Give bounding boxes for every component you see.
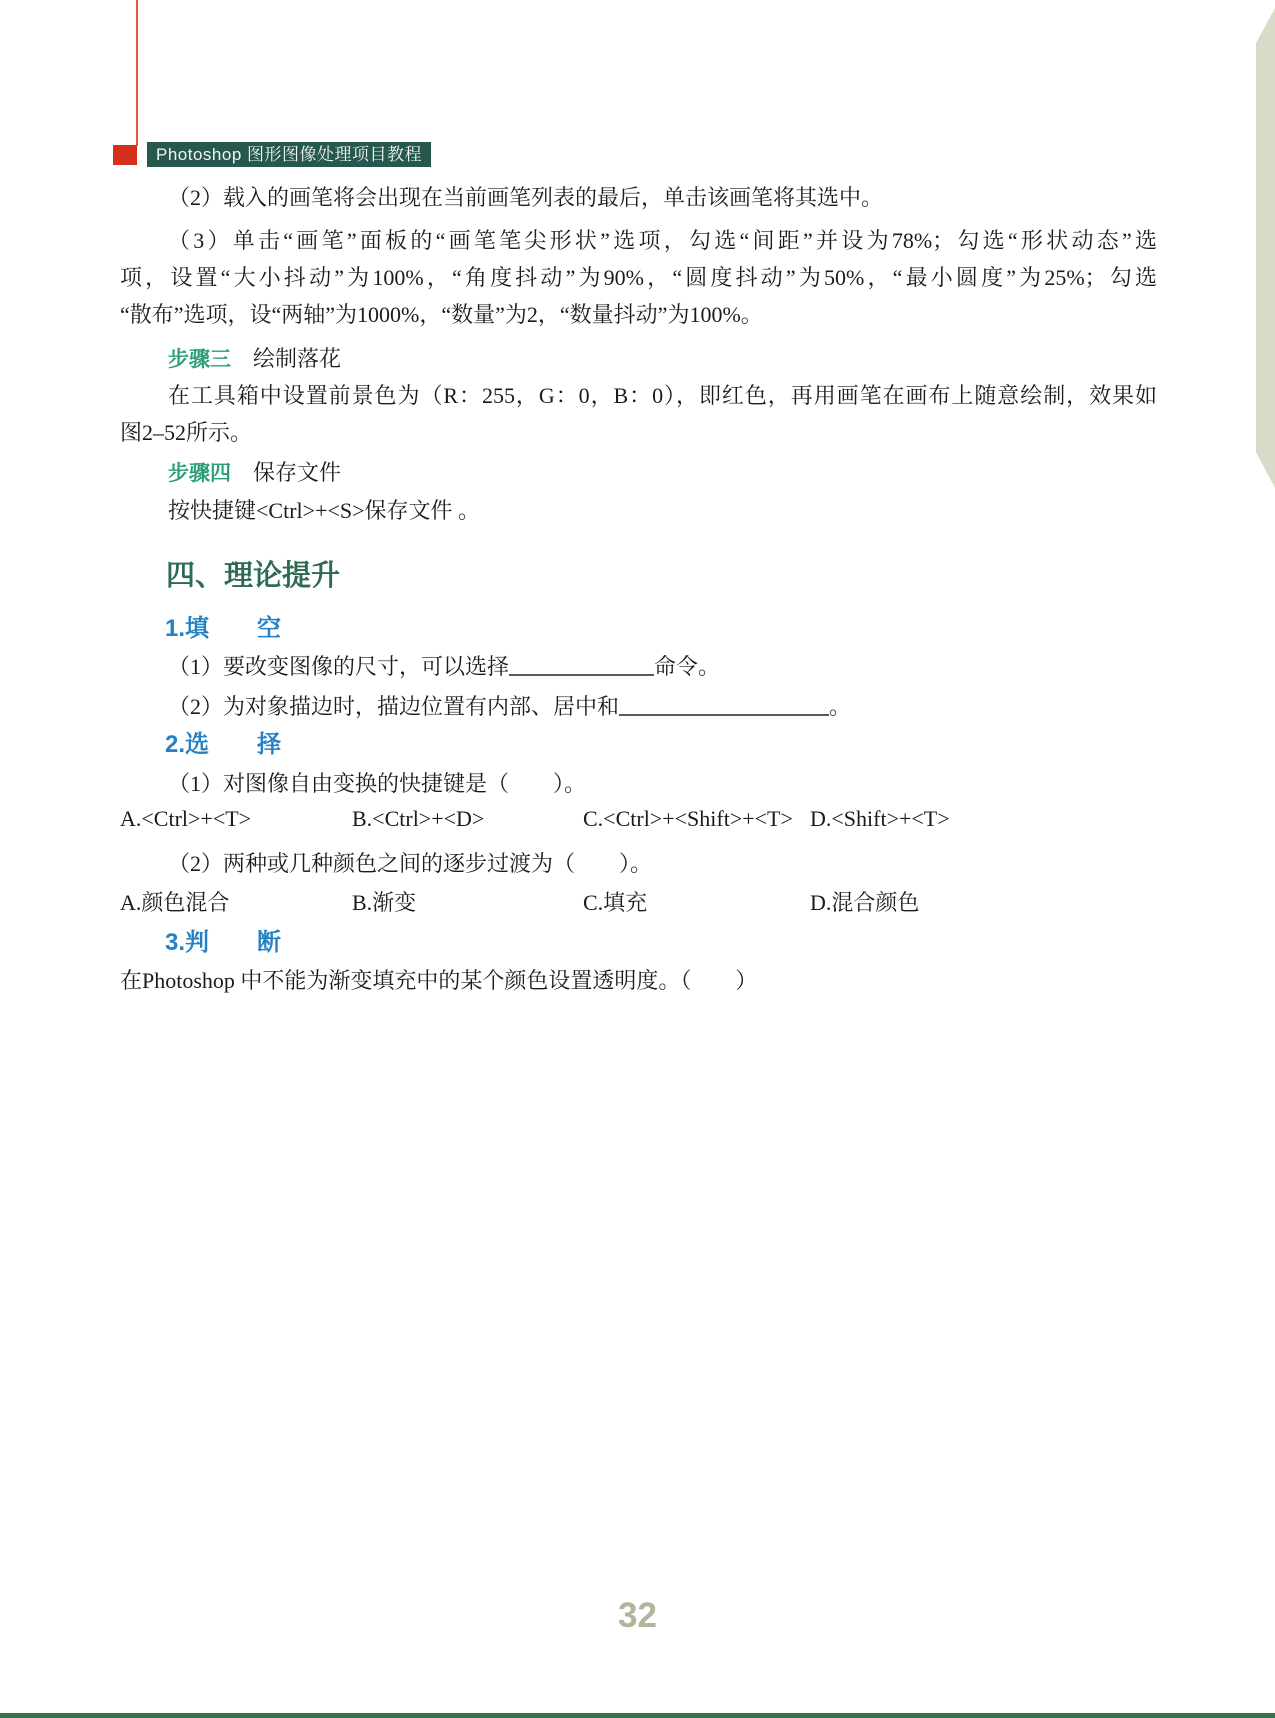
option-d: D.混合颜色 bbox=[810, 886, 919, 917]
step-four-title: 保存文件 bbox=[253, 460, 341, 485]
paragraph-foreground-color: 在工具箱中设置前景色为（R：255，G：0，B：0），即红色，再用画笔在画布上随… bbox=[120, 377, 1157, 451]
step-four-heading: 步骤四保存文件 bbox=[168, 454, 1205, 492]
choice-question-2-options: A.颜色混合 B.渐变 C.填充 D.混合颜色 bbox=[120, 886, 1157, 916]
paragraph-line: 在工具箱中设置前景色为（R：255，G：0，B：0），即红色，再用画笔在画布上随… bbox=[120, 377, 1157, 414]
page-edge-strip bbox=[1256, 8, 1275, 488]
left-red-rule bbox=[136, 0, 138, 146]
fill-blank-line bbox=[509, 652, 654, 676]
choice-question-1: （1）对图像自由变换的快捷键是（ ）。 bbox=[120, 765, 1157, 802]
section-heading-theory: 四、理论提升 bbox=[166, 553, 340, 594]
paragraph-line: “散布”选项，设“两轴”为1000%，“数量”为2，“数量抖动”为100%。 bbox=[120, 296, 1157, 333]
page-number: 32 bbox=[0, 1596, 1275, 1636]
paragraph-line: （3）单击“画笔”面板的“画笔笔尖形状”选项，勾选“间距”并设为78%；勾选“形… bbox=[120, 222, 1157, 259]
fill-question-2-suffix: 。 bbox=[829, 694, 851, 719]
textbook-page: Photoshop 图形图像处理项目教程 （2）载入的画笔将会出现在当前画笔列表… bbox=[0, 0, 1275, 1718]
step-three-label: 步骤三 bbox=[168, 348, 231, 371]
bottom-green-rule bbox=[0, 1713, 1275, 1718]
paragraph-load-brush: （2）载入的画笔将会出现在当前画笔列表的最后，单击该画笔将其选中。 bbox=[120, 179, 1157, 216]
option-c: C.填充 bbox=[583, 886, 647, 917]
subheading-choice: 2.选 择 bbox=[165, 724, 281, 759]
step-three-title: 绘制落花 bbox=[253, 346, 341, 371]
option-b: B.<Ctrl>+<D> bbox=[352, 806, 484, 832]
subheading-fill-blank: 1.填 空 bbox=[165, 608, 281, 643]
step-four-label: 步骤四 bbox=[168, 462, 231, 485]
choice-question-1-options: A.<Ctrl>+<T> B.<Ctrl>+<D> C.<Ctrl>+<Shif… bbox=[120, 806, 1157, 836]
paragraph-brush-settings: （3）单击“画笔”面板的“画笔笔尖形状”选项，勾选“间距”并设为78%；勾选“形… bbox=[120, 222, 1157, 333]
option-a: A.颜色混合 bbox=[120, 886, 229, 917]
paragraph-line: 图2–52所示。 bbox=[120, 414, 1157, 451]
paragraph-save-shortcut: 按快捷键<Ctrl>+<S>保存文件 。 bbox=[120, 492, 1157, 529]
fill-question-2: （2）为对象描边时，描边位置有内部、居中和。 bbox=[120, 688, 1157, 725]
option-a: A.<Ctrl>+<T> bbox=[120, 806, 251, 832]
option-b: B.渐变 bbox=[352, 886, 416, 917]
paragraph-line: 项，设置“大小抖动”为100%，“角度抖动”为90%，“圆度抖动”为50%，“最… bbox=[120, 259, 1157, 296]
judge-question: 在Photoshop 中不能为渐变填充中的某个颜色设置透明度。（ ） bbox=[120, 962, 1157, 999]
fill-question-1-suffix: 命令。 bbox=[654, 654, 720, 679]
chapter-marker-square-icon bbox=[113, 145, 137, 165]
step-three-heading: 步骤三绘制落花 bbox=[168, 340, 1205, 378]
book-title-band: Photoshop 图形图像处理项目教程 bbox=[147, 142, 431, 167]
fill-blank-line bbox=[619, 692, 829, 716]
fill-question-2-text: （2）为对象描边时，描边位置有内部、居中和 bbox=[168, 694, 619, 719]
choice-question-2: （2）两种或几种颜色之间的逐步过渡为（ ）。 bbox=[120, 845, 1157, 882]
fill-question-1-text: （1）要改变图像的尺寸，可以选择 bbox=[168, 654, 509, 679]
fill-question-1: （1）要改变图像的尺寸，可以选择命令。 bbox=[120, 648, 1157, 685]
book-title: Photoshop 图形图像处理项目教程 bbox=[156, 145, 422, 164]
option-d: D.<Shift>+<T> bbox=[810, 806, 950, 832]
subheading-judge: 3.判 断 bbox=[165, 922, 281, 957]
option-c: C.<Ctrl>+<Shift>+<T> bbox=[583, 806, 793, 832]
